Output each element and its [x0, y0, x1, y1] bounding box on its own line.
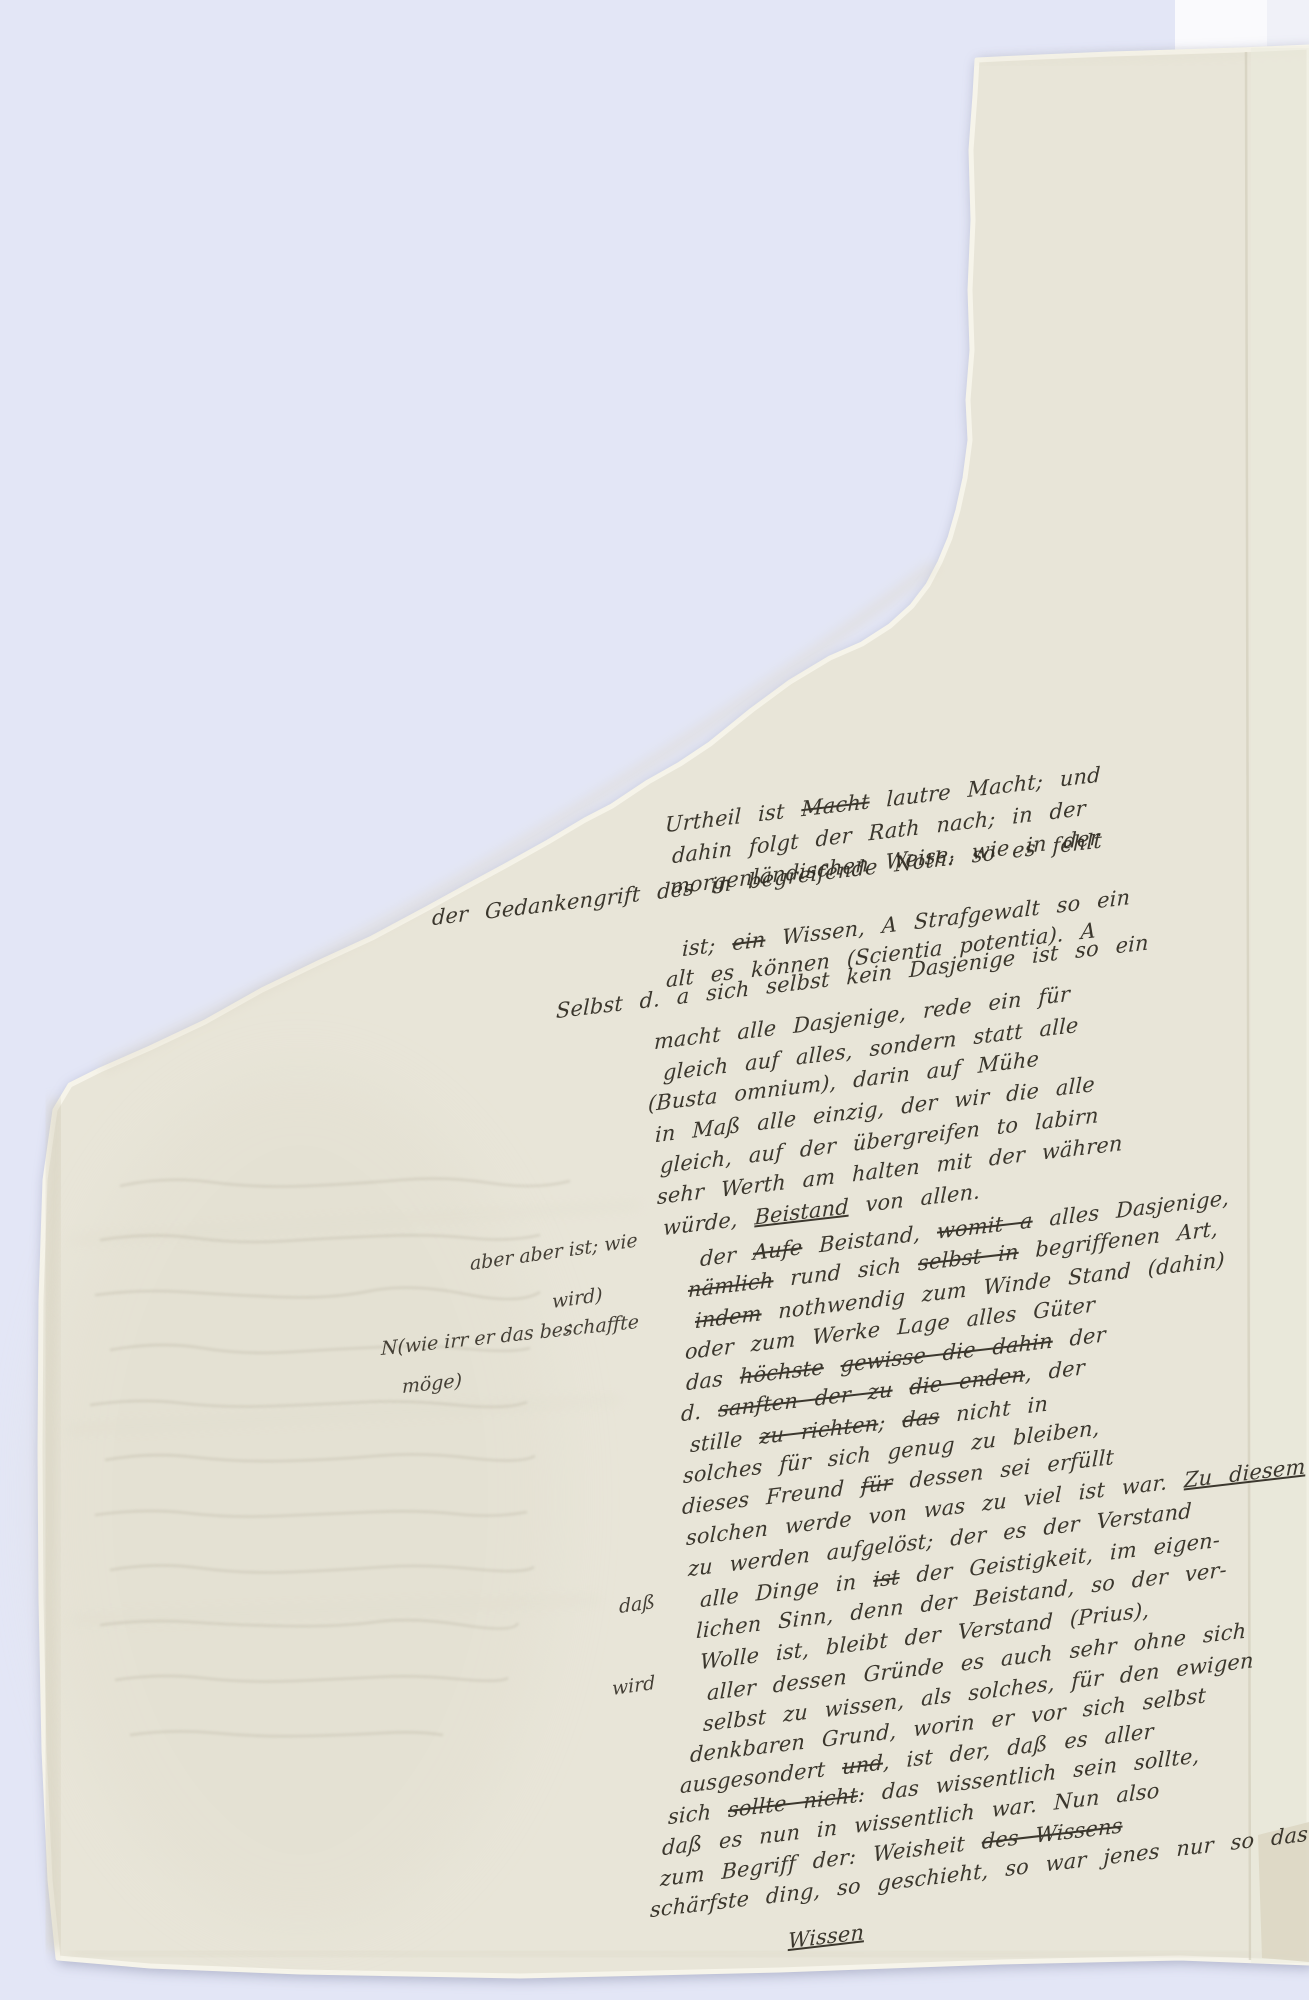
manuscript-line: Wissen: [788, 1919, 865, 1954]
struck-word: höchste: [740, 1355, 825, 1389]
line-text: sich: [668, 1798, 729, 1829]
struck-word: Macht: [801, 789, 870, 821]
margin-note: daß: [619, 1591, 656, 1618]
line-text: das: [686, 1365, 740, 1395]
struck-word: nämlich: [688, 1268, 774, 1302]
margin-note: wird): [552, 1284, 603, 1313]
struck-word: für: [861, 1470, 893, 1498]
line-text: d.: [681, 1398, 719, 1427]
struck-word: Aufe: [753, 1235, 803, 1265]
margin-note: aber aber ist; wie: [470, 1229, 638, 1275]
line-text: würde,: [663, 1205, 755, 1240]
line-text: der: [700, 1241, 754, 1271]
margin-note: möge): [402, 1370, 462, 1398]
line-text: ist;: [682, 931, 733, 961]
margin-note: wird: [612, 1672, 656, 1700]
struck-word: ein: [732, 927, 766, 955]
manuscript-scan: Urtheil ist Macht lautre Macht; unddahin…: [0, 0, 1309, 2000]
margin-note: N(wie irr er das beschaffte: [381, 1311, 639, 1360]
underlined-word: Beistand: [754, 1194, 849, 1229]
underlined-word: Zu diesem: [1184, 1454, 1306, 1492]
line-text: der: [1052, 1322, 1106, 1352]
line-text: [892, 1375, 909, 1401]
underlined-word: Wissen: [788, 1920, 865, 1953]
struck-word: indem: [695, 1301, 762, 1333]
line-text: ;: [878, 1408, 903, 1435]
line-text: [824, 1353, 841, 1379]
struck-word: ist: [873, 1565, 900, 1592]
struck-word: das: [902, 1404, 940, 1433]
line-text: stille: [690, 1425, 760, 1457]
line-text: , der: [1025, 1355, 1085, 1386]
struck-word: und: [842, 1750, 883, 1779]
handwriting-layer: Urtheil ist Macht lautre Macht; unddahin…: [0, 0, 1309, 2000]
